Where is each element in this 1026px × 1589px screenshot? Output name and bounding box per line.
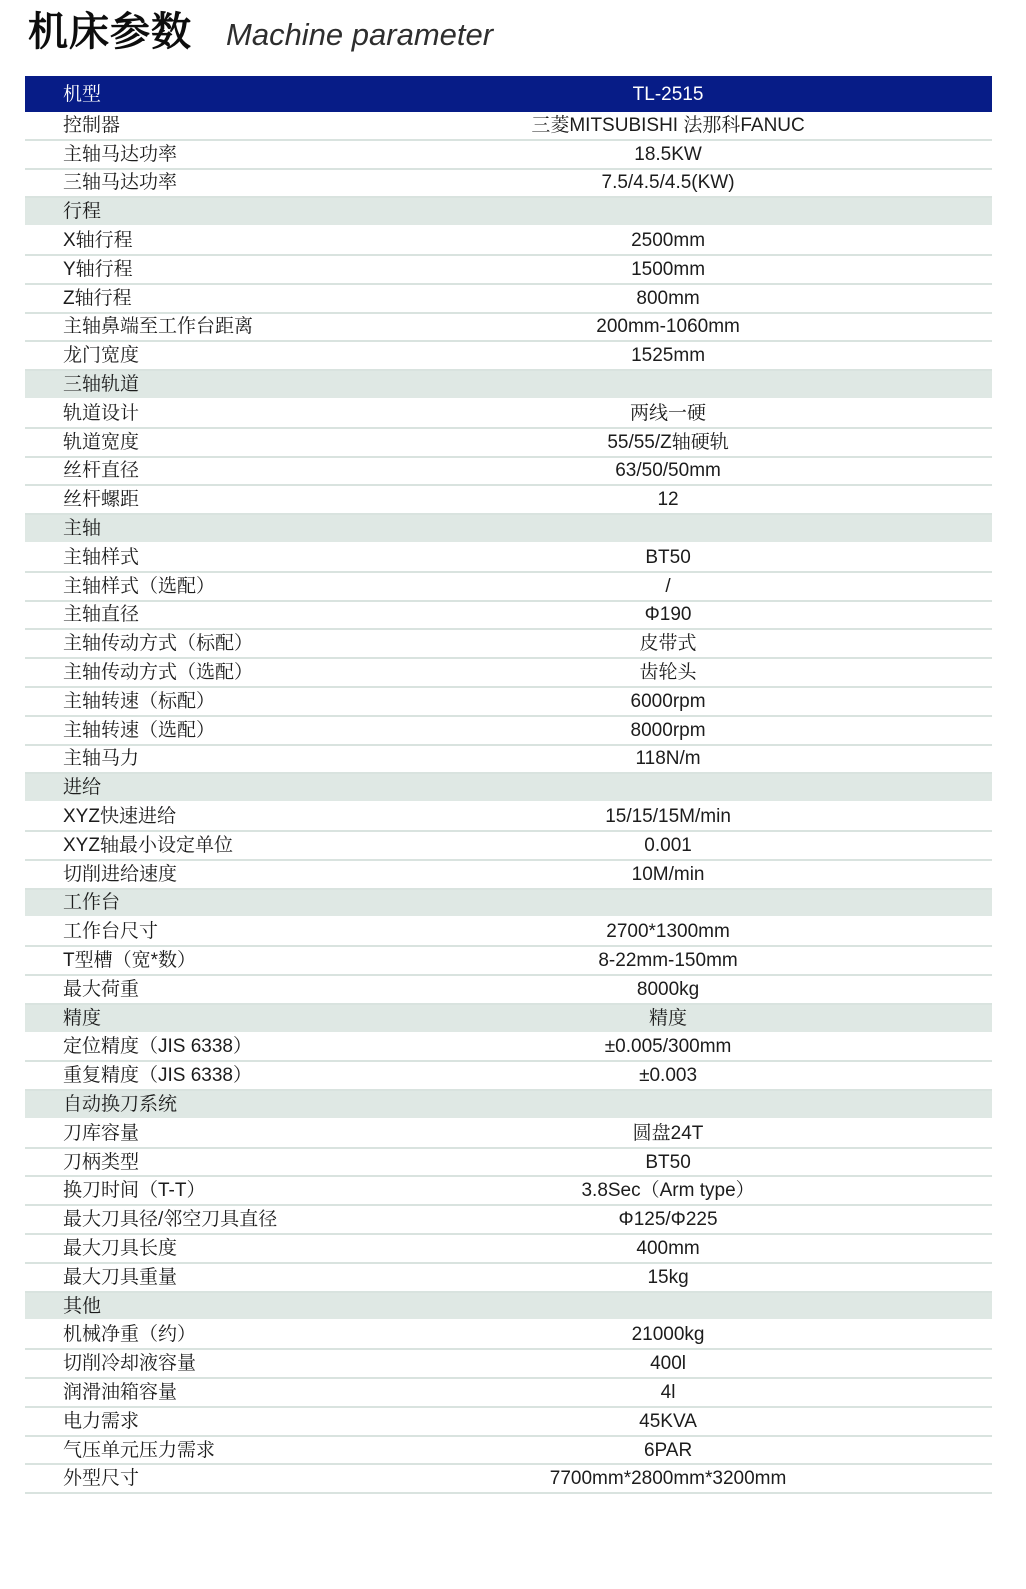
spec-value: 皮带式 [344, 634, 992, 653]
spec-label: 重复精度（JIS 6338） [25, 1066, 344, 1085]
spec-label: 主轴转速（选配） [25, 721, 344, 740]
section-row: 三轴轨道 [25, 371, 992, 400]
spec-row: 主轴传动方式（标配）皮带式 [25, 630, 992, 659]
spec-label: 丝杆螺距 [25, 490, 344, 509]
spec-label: 气压单元压力需求 [25, 1441, 344, 1460]
spec-value: Φ190 [344, 605, 992, 624]
spec-value: 21000kg [344, 1325, 992, 1344]
spec-row: 主轴样式BT50 [25, 544, 992, 573]
spec-value: 0.001 [344, 836, 992, 855]
spec-value: ±0.003 [344, 1066, 992, 1085]
spec-row: T型槽（宽*数）8-22mm-150mm [25, 947, 992, 976]
spec-value: TL-2515 [344, 85, 992, 104]
spec-row: XYZ轴最小设定单位0.001 [25, 832, 992, 861]
spec-value: 63/50/50mm [344, 461, 992, 480]
section-row: 工作台 [25, 890, 992, 919]
spec-label: 三轴轨道 [25, 375, 344, 394]
spec-value: 6000rpm [344, 692, 992, 711]
spec-label: 主轴样式（选配） [25, 577, 344, 596]
spec-value: 齿轮头 [344, 663, 992, 682]
spec-value: 18.5KW [344, 145, 992, 164]
spec-label: 行程 [25, 202, 344, 221]
spec-row: XYZ快速进给15/15/15M/min [25, 803, 992, 832]
spec-label: T型槽（宽*数） [25, 951, 344, 970]
spec-label: 切削进给速度 [25, 865, 344, 884]
spec-label: 轨道宽度 [25, 433, 344, 452]
spec-value: 4l [344, 1383, 992, 1402]
spec-value: 400mm [344, 1239, 992, 1258]
spec-value: 1525mm [344, 346, 992, 365]
page-title-chinese: 机床参数 [28, 12, 192, 52]
spec-row: 切削进给速度10M/min [25, 861, 992, 890]
spec-value: 2500mm [344, 231, 992, 250]
spec-row: 切削冷却液容量400l [25, 1350, 992, 1379]
spec-row: 主轴直径Φ190 [25, 602, 992, 631]
spec-row: 机械净重（约）21000kg [25, 1321, 992, 1350]
spec-label: 主轴马力 [25, 749, 344, 768]
spec-label: 丝杆直径 [25, 461, 344, 480]
spec-row: 控制器三菱MITSUBISHI 法那科FANUC [25, 112, 992, 141]
spec-label: 主轴传动方式（选配） [25, 663, 344, 682]
spec-value: 400l [344, 1354, 992, 1373]
section-row: 行程 [25, 198, 992, 227]
spec-row: 轨道宽度55/55/Z轴硬轨 [25, 429, 992, 458]
spec-value: 12 [344, 490, 992, 509]
spec-row: 丝杆直径63/50/50mm [25, 458, 992, 487]
spec-row: 主轴马力118N/m [25, 746, 992, 775]
spec-label: 控制器 [25, 116, 344, 135]
spec-label: 定位精度（JIS 6338） [25, 1037, 344, 1056]
spec-label: 润滑油箱容量 [25, 1383, 344, 1402]
spec-value: ±0.005/300mm [344, 1037, 992, 1056]
spec-label: 主轴直径 [25, 605, 344, 624]
spec-row: 外型尺寸7700mm*2800mm*3200mm [25, 1465, 992, 1494]
spec-row: 主轴转速（选配）8000rpm [25, 717, 992, 746]
spec-value: 200mm-1060mm [344, 317, 992, 336]
table-header-row: 机型TL-2515 [25, 76, 992, 112]
spec-row: 换刀时间（T-T）3.8Sec（Arm type） [25, 1177, 992, 1206]
spec-row: 主轴传动方式（选配）齿轮头 [25, 659, 992, 688]
spec-value: 55/55/Z轴硬轨 [344, 433, 992, 452]
spec-label: 其他 [25, 1297, 344, 1316]
spec-label: XYZ快速进给 [25, 807, 344, 826]
spec-label: XYZ轴最小设定单位 [25, 836, 344, 855]
spec-label: 主轴转速（标配） [25, 692, 344, 711]
spec-value: 15kg [344, 1268, 992, 1287]
spec-value: 7.5/4.5/4.5(KW) [344, 173, 992, 192]
spec-label: 电力需求 [25, 1412, 344, 1431]
spec-row: 刀柄类型BT50 [25, 1149, 992, 1178]
spec-label: 最大刀具长度 [25, 1239, 344, 1258]
spec-label: X轴行程 [25, 231, 344, 250]
spec-row: 三轴马达功率7.5/4.5/4.5(KW) [25, 170, 992, 199]
section-row: 自动换刀系统 [25, 1091, 992, 1120]
page-title: 机床参数 Machine parameter [0, 0, 1026, 56]
spec-label: 三轴马达功率 [25, 173, 344, 192]
spec-value: BT50 [344, 1153, 992, 1172]
spec-value: 3.8Sec（Arm type） [344, 1181, 992, 1200]
spec-row: 工作台尺寸2700*1300mm [25, 918, 992, 947]
spec-label: 换刀时间（T-T） [25, 1181, 344, 1200]
spec-value: 三菱MITSUBISHI 法那科FANUC [344, 116, 992, 135]
spec-label: 精度 [25, 1009, 344, 1028]
spec-label: 最大刀具重量 [25, 1268, 344, 1287]
spec-label: 工作台尺寸 [25, 922, 344, 941]
spec-value: 8-22mm-150mm [344, 951, 992, 970]
spec-label: 机械净重（约） [25, 1325, 344, 1344]
spec-row: Z轴行程800mm [25, 285, 992, 314]
spec-value: 6PAR [344, 1441, 992, 1460]
spec-row: 主轴鼻端至工作台距离200mm-1060mm [25, 314, 992, 343]
spec-row: 龙门宽度1525mm [25, 342, 992, 371]
spec-label: 主轴马达功率 [25, 145, 344, 164]
spec-label: 工作台 [25, 893, 344, 912]
spec-label: 龙门宽度 [25, 346, 344, 365]
page-title-english: Machine parameter [226, 19, 493, 50]
spec-table: 机型TL-2515控制器三菱MITSUBISHI 法那科FANUC主轴马达功率1… [25, 76, 992, 1494]
spec-label: 主轴鼻端至工作台距离 [25, 317, 344, 336]
section-row: 进给 [25, 774, 992, 803]
spec-value: BT50 [344, 548, 992, 567]
spec-row: Y轴行程1500mm [25, 256, 992, 285]
spec-value: 118N/m [344, 749, 992, 768]
section-row: 精度精度 [25, 1005, 992, 1034]
spec-value: 8000rpm [344, 721, 992, 740]
spec-value: 800mm [344, 289, 992, 308]
spec-row: 最大刀具重量15kg [25, 1264, 992, 1293]
spec-value: 精度 [344, 1009, 992, 1028]
spec-value: 45KVA [344, 1412, 992, 1431]
spec-value: 7700mm*2800mm*3200mm [344, 1469, 992, 1488]
spec-label: 切削冷却液容量 [25, 1354, 344, 1373]
spec-row: 轨道设计两线一硬 [25, 400, 992, 429]
spec-row: 润滑油箱容量4l [25, 1379, 992, 1408]
spec-label: 刀库容量 [25, 1124, 344, 1143]
spec-value: 8000kg [344, 980, 992, 999]
spec-label: 最大刀具径/邻空刀具直径 [25, 1210, 344, 1229]
spec-row: 电力需求45KVA [25, 1408, 992, 1437]
spec-label: 最大荷重 [25, 980, 344, 999]
spec-row: 定位精度（JIS 6338）±0.005/300mm [25, 1034, 992, 1063]
spec-row: 丝杆螺距12 [25, 486, 992, 515]
spec-row: 最大刀具长度400mm [25, 1235, 992, 1264]
spec-value: 10M/min [344, 865, 992, 884]
spec-row: X轴行程2500mm [25, 227, 992, 256]
spec-label: 刀柄类型 [25, 1153, 344, 1172]
spec-row: 主轴转速（标配）6000rpm [25, 688, 992, 717]
spec-row: 最大刀具径/邻空刀具直径Φ125/Φ225 [25, 1206, 992, 1235]
spec-label: 主轴传动方式（标配） [25, 634, 344, 653]
section-row: 主轴 [25, 515, 992, 544]
spec-label: 外型尺寸 [25, 1469, 344, 1488]
spec-label: 机型 [25, 85, 344, 104]
spec-label: 主轴样式 [25, 548, 344, 567]
spec-value: 2700*1300mm [344, 922, 992, 941]
spec-label: 进给 [25, 778, 344, 797]
spec-label: 轨道设计 [25, 404, 344, 423]
spec-row: 刀库容量圆盘24T [25, 1120, 992, 1149]
spec-value: / [344, 577, 992, 596]
spec-value: 圆盘24T [344, 1124, 992, 1143]
spec-value: 1500mm [344, 260, 992, 279]
spec-label: Y轴行程 [25, 260, 344, 279]
spec-label: 主轴 [25, 519, 344, 538]
spec-row: 最大荷重8000kg [25, 976, 992, 1005]
spec-label: 自动换刀系统 [25, 1095, 344, 1114]
spec-row: 主轴样式（选配）/ [25, 573, 992, 602]
spec-value: 15/15/15M/min [344, 807, 992, 826]
spec-row: 重复精度（JIS 6338）±0.003 [25, 1062, 992, 1091]
spec-value: Φ125/Φ225 [344, 1210, 992, 1229]
spec-label: Z轴行程 [25, 289, 344, 308]
spec-value: 两线一硬 [344, 404, 992, 423]
spec-row: 主轴马达功率18.5KW [25, 141, 992, 170]
section-row: 其他 [25, 1293, 992, 1322]
spec-row: 气压单元压力需求6PAR [25, 1437, 992, 1466]
